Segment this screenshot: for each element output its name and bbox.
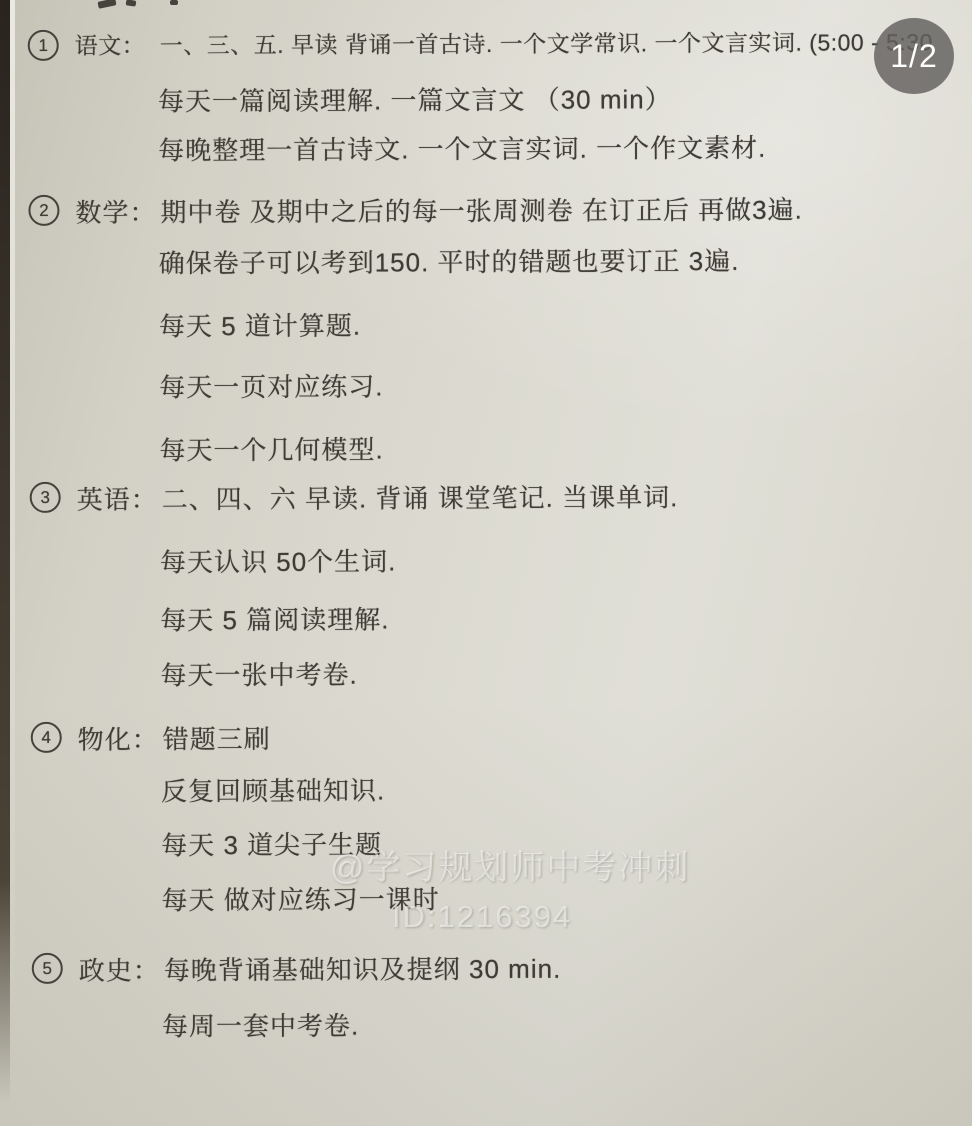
handwritten-line: 每天 5 篇阅读理解.	[160, 599, 389, 637]
line-text: 二、四、六 早读. 背诵 课堂笔记. 当课单词.	[162, 477, 679, 516]
handwritten-line: 每天一篇阅读理解. 一篇文言文 （30 min）	[158, 79, 672, 118]
circled-number: 2	[28, 195, 59, 226]
line-text: 每周一套中考卷.	[162, 1006, 359, 1044]
note-content: 1 语文： 一、三、五. 早读 背诵一首古诗. 一个文学常识. 一个文言实词. …	[0, 0, 972, 1126]
line-text: 每天一个几何模型.	[159, 429, 383, 467]
line-text: 期中卷 及期中之后的每一张周测卷 在订正后 再做3遍.	[160, 190, 803, 230]
line-text: 每天 5 篇阅读理解.	[160, 599, 389, 637]
handwritten-line: 每天一页对应练习.	[159, 366, 383, 404]
circled-number: 1	[28, 30, 59, 61]
line-text: 错题三刷	[163, 719, 271, 756]
section-header-math: 2 数学： 期中卷 及期中之后的每一张周测卷 在订正后 再做3遍.	[28, 190, 803, 230]
line-text: 每天认识 50个生词.	[160, 541, 397, 579]
section-header-politics-history: 5 政史： 每晚背诵基础知识及提纲 30 min.	[32, 949, 562, 988]
subject-label: 物化：	[78, 719, 163, 756]
line-text: 一、三、五. 早读 背诵一首古诗. 一个文学常识. 一个文言实词. (5:00 …	[160, 24, 933, 60]
section-header-chinese: 1 语文： 一、三、五. 早读 背诵一首古诗. 一个文学常识. 一个文言实词. …	[28, 24, 933, 61]
line-text: 反复回顾基础知识.	[161, 770, 385, 808]
section-header-english: 3 英语： 二、四、六 早读. 背诵 课堂笔记. 当课单词.	[30, 477, 679, 517]
line-text: 每晚整理一首古诗文. 一个文言实词. 一个作文素材.	[158, 128, 766, 168]
circled-number: 4	[31, 722, 62, 753]
subject-label: 语文：	[75, 27, 160, 60]
subject-label: 政史：	[79, 950, 164, 987]
line-text: 每晚背诵基础知识及提纲 30 min.	[164, 949, 562, 988]
line-text: 确保卷子可以考到150. 平时的错题也要订正 3遍.	[159, 241, 740, 281]
handwritten-line: 每天认识 50个生词.	[160, 541, 397, 579]
watermark-id: ID:1216394	[392, 899, 572, 935]
line-text: 每天一页对应练习.	[159, 366, 383, 404]
handwritten-line: 每晚整理一首古诗文. 一个文言实词. 一个作文素材.	[158, 128, 766, 168]
subject-label: 数学：	[75, 192, 160, 229]
section-header-physics-chemistry: 4 物化： 错题三刷	[31, 719, 271, 757]
handwritten-line: 确保卷子可以考到150. 平时的错题也要订正 3遍.	[159, 241, 740, 281]
handwritten-line: 每天 5 道计算题.	[159, 306, 361, 344]
circled-number: 5	[32, 953, 63, 984]
handwritten-line: 每天一张中考卷.	[160, 655, 357, 693]
line-text: 每天 5 道计算题.	[159, 306, 361, 344]
circled-number: 3	[30, 482, 61, 513]
handwritten-line: 每天一个几何模型.	[159, 429, 383, 467]
line-text: 每天一张中考卷.	[160, 655, 357, 693]
handwritten-line: 每周一套中考卷.	[162, 1006, 359, 1044]
watermark-handle: @学习规划师中考冲刺	[330, 840, 691, 889]
handwritten-line: 反复回顾基础知识.	[161, 770, 385, 808]
page-indicator-badge: 1/2	[874, 18, 954, 94]
handwritten-study-plan-photo[interactable]: 1 语文： 一、三、五. 早读 背诵一首古诗. 一个文学常识. 一个文言实词. …	[0, 0, 972, 1126]
line-text: 每天一篇阅读理解. 一篇文言文 （30 min）	[158, 79, 672, 118]
subject-label: 英语：	[77, 479, 162, 516]
